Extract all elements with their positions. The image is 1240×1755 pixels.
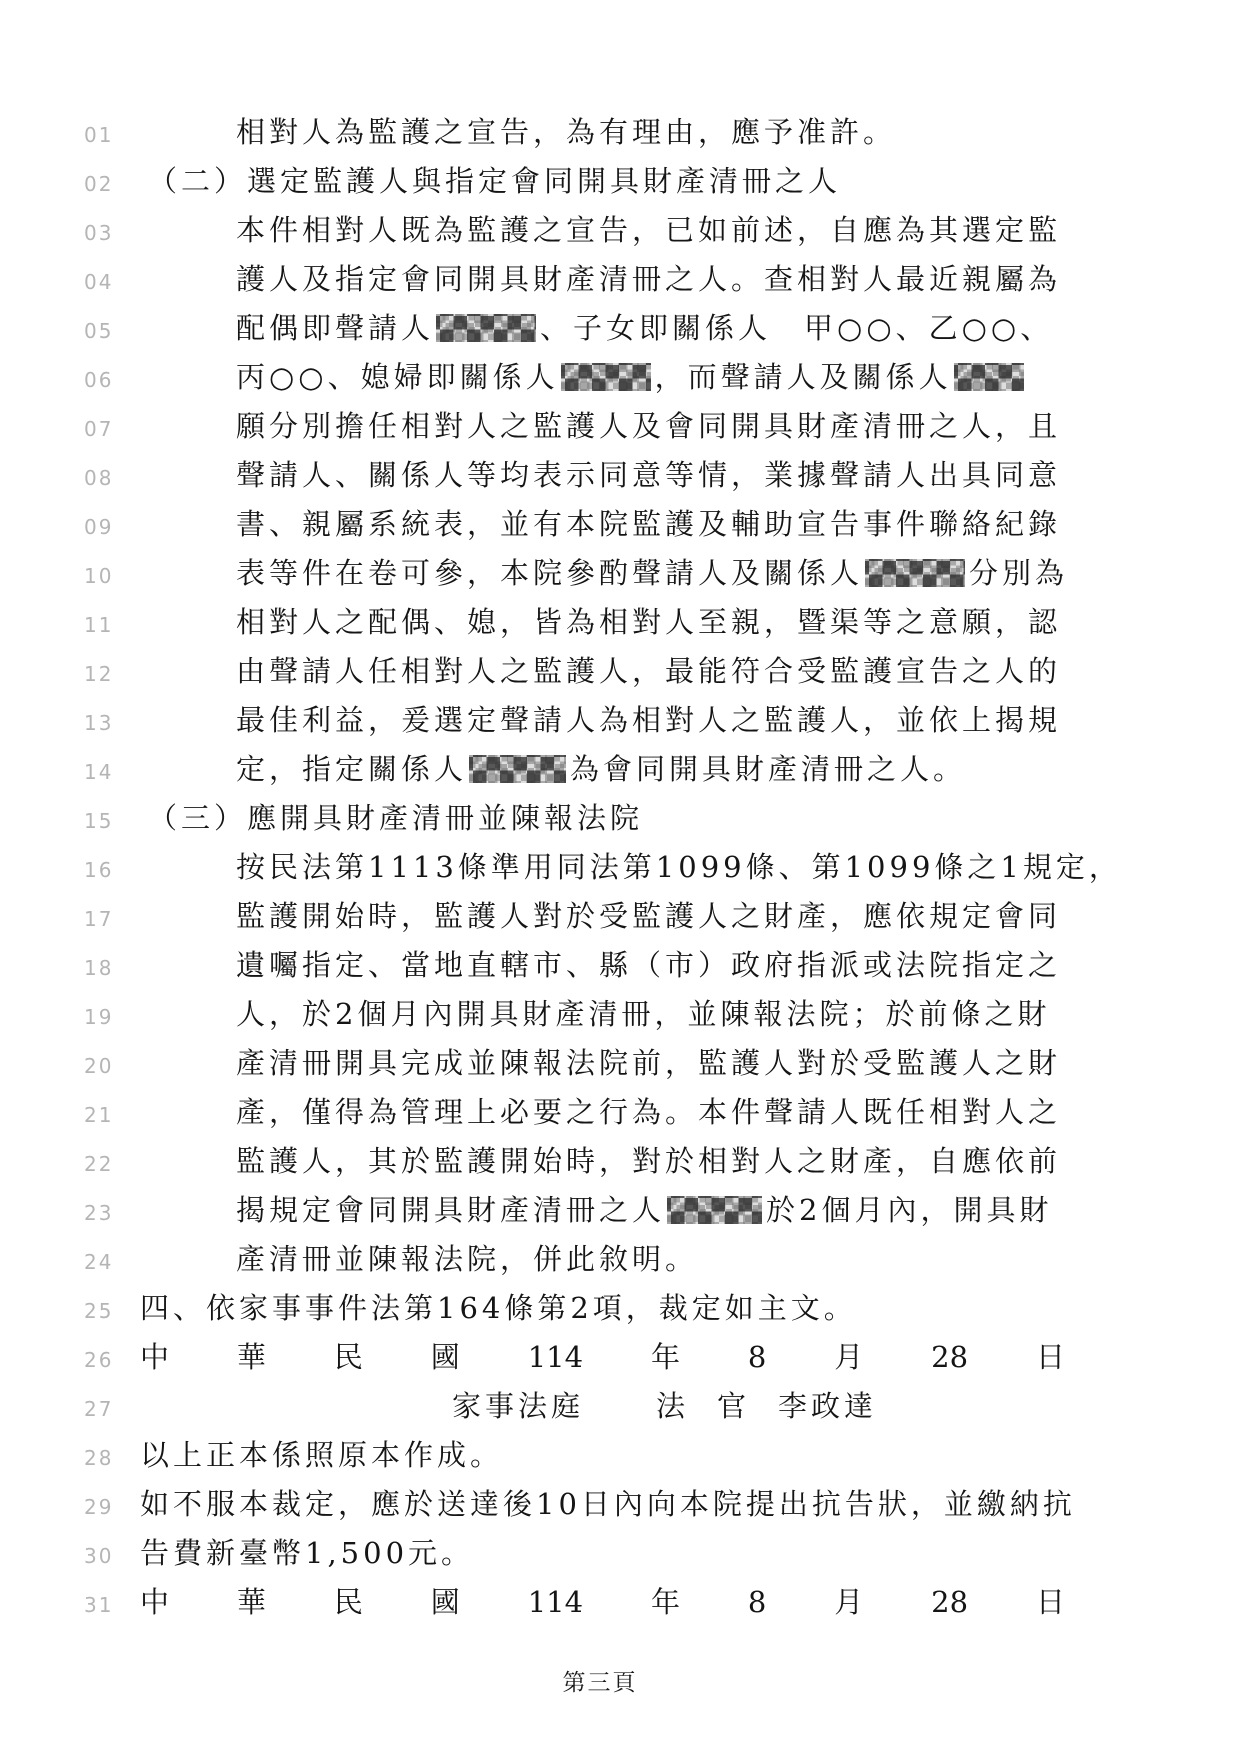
document-line: 26中華民國114年8月28日 (0, 1333, 1240, 1382)
line-number: 31 (84, 1581, 140, 1630)
line-number: 10 (84, 552, 140, 601)
date-token: 日 (1036, 1333, 1065, 1382)
document-line: 06丙○○、媳婦即關係人，而聲請人及關係人 (0, 353, 1240, 402)
text-segment: 分別為 (969, 556, 1068, 590)
document-line: 16按民法第1113條準用同法第1099條、第1099條之1規定， (0, 843, 1240, 892)
text-segment: 產清冊開具完成並陳報法院前，監護人對於受監護人之財 (236, 1046, 1061, 1080)
date-token: 28 (931, 1578, 968, 1627)
document-line: 09書、親屬系統表，並有本院監護及輔助宣告事件聯絡紀錄 (0, 500, 1240, 549)
redaction-mosaic (865, 559, 965, 587)
date-token: 月 (834, 1578, 863, 1627)
document-line: 05配偶即聲請人、子女即關係人 甲○○、乙○○、 (0, 304, 1240, 353)
text-segment: 為會同開具財產清冊之人。 (570, 752, 966, 786)
line-number: 01 (84, 111, 140, 160)
document-line: 04護人及指定會同開具財產清冊之人。查相對人最近親屬為 (0, 255, 1240, 304)
signature-token: 李政達 (778, 1382, 877, 1431)
document-line: 18遺囑指定、當地直轄市、縣（市）政府指派或法院指定之 (0, 941, 1240, 990)
line-content: 產清冊開具完成並陳報法院前，監護人對於受監護人之財 (140, 1039, 1061, 1088)
line-number: 20 (84, 1042, 140, 1091)
text-segment: 相對人之配偶、媳，皆為相對人至親，暨渠等之意願，認 (236, 605, 1061, 639)
redaction-mosaic (667, 1196, 762, 1224)
text-segment: 定，指定關係人 (236, 752, 467, 786)
document-line: 21產，僅得為管理上必要之行為。本件聲請人既任相對人之 (0, 1088, 1240, 1137)
document-body: 01相對人為監護之宣告，為有理由，應予准許。02（二）選定監護人與指定會同開具財… (0, 0, 1240, 1627)
text-segment: 相對人為監護之宣告，為有理由，應予准許。 (236, 115, 896, 149)
line-number: 14 (84, 748, 140, 797)
line-content: 願分別擔任相對人之監護人及會同開具財產清冊之人，且 (140, 402, 1061, 451)
redaction-mosaic (561, 363, 651, 391)
text-segment: 以上正本係照原本作成。 (140, 1438, 503, 1472)
text-segment: 監護開始時，監護人對於受監護人之財產，應依規定會同 (236, 899, 1061, 933)
line-content: 書、親屬系統表，並有本院監護及輔助宣告事件聯絡紀錄 (140, 500, 1061, 549)
text-segment: 丙○○、媳婦即關係人 (236, 360, 559, 394)
line-content: 護人及指定會同開具財產清冊之人。查相對人最近親屬為 (140, 255, 1061, 304)
text-segment: 人，於2個月內開具財產清冊，並陳報法院；於前條之財 (236, 997, 1050, 1031)
page-footer: 第三頁 (0, 1664, 1200, 1697)
line-number: 12 (84, 650, 140, 699)
line-number: 15 (84, 797, 140, 846)
document-line: 29如不服本裁定，應於送達後10日內向本院提出抗告狀，並繳納抗 (0, 1480, 1240, 1529)
document-line: 17監護開始時，監護人對於受監護人之財產，應依規定會同 (0, 892, 1240, 941)
date-line: 中華民國114年8月28日 (140, 1333, 1065, 1382)
document-line: 28以上正本係照原本作成。 (0, 1431, 1240, 1480)
text-segment: 如不服本裁定，應於送達後10日內向本院提出抗告狀，並繳納抗 (140, 1487, 1076, 1521)
date-token: 114 (528, 1578, 583, 1627)
line-content: （二）選定監護人與指定會同開具財產清冊之人 (140, 157, 841, 206)
document-line: 02（二）選定監護人與指定會同開具財產清冊之人 (0, 157, 1240, 206)
line-content: 丙○○、媳婦即關係人，而聲請人及關係人 (140, 353, 1028, 402)
text-segment: 配偶即聲請人 (236, 311, 434, 345)
line-number: 09 (84, 503, 140, 552)
document-line: 23揭規定會同開具財產清冊之人於2個月內，開具財 (0, 1186, 1240, 1235)
redaction-mosaic (469, 755, 566, 783)
text-segment: 揭規定會同開具財產清冊之人 (236, 1193, 665, 1227)
line-number: 25 (84, 1287, 140, 1336)
text-segment: 四、依家事事件法第164條第2項，裁定如主文。 (140, 1291, 857, 1325)
document-line: 14定，指定關係人為會同開具財產清冊之人。 (0, 745, 1240, 794)
line-content: 聲請人、關係人等均表示同意等情，業據聲請人出具同意 (140, 451, 1061, 500)
document-line: 11相對人之配偶、媳，皆為相對人至親，暨渠等之意願，認 (0, 598, 1240, 647)
document-line: 13最佳利益，爰選定聲請人為相對人之監護人，並依上揭規 (0, 696, 1240, 745)
text-segment: 按民法第1113條準用同法第1099條、第1099條之1規定， (236, 850, 1122, 884)
text-segment: 護人及指定會同開具財產清冊之人。查相對人最近親屬為 (236, 262, 1061, 296)
text-segment: 由聲請人任相對人之監護人，最能符合受監護宣告之人的 (236, 654, 1061, 688)
line-number: 04 (84, 258, 140, 307)
text-segment: 監護人，其於監護開始時，對於相對人之財產，自應依前 (236, 1144, 1061, 1178)
redaction-mosaic (436, 314, 536, 342)
text-segment: 表等件在卷可參，本院參酌聲請人及關係人 (236, 556, 863, 590)
date-token: 國 (431, 1578, 460, 1627)
date-token: 日 (1036, 1578, 1065, 1627)
line-content: 四、依家事事件法第164條第2項，裁定如主文。 (140, 1284, 857, 1333)
document-line: 15（三）應開具財產清冊並陳報法院 (0, 794, 1240, 843)
line-number: 19 (84, 993, 140, 1042)
line-content: 最佳利益，爰選定聲請人為相對人之監護人，並依上揭規 (140, 696, 1061, 745)
document-line: 10表等件在卷可參，本院參酌聲請人及關係人分別為 (0, 549, 1240, 598)
line-content: 產清冊並陳報法院，併此敘明。 (140, 1235, 698, 1284)
date-token: 8 (748, 1333, 766, 1382)
document-line: 30告費新臺幣1,500元。 (0, 1529, 1240, 1578)
text-segment: （三）應開具財產清冊並陳報法院 (148, 801, 643, 835)
line-content: 相對人為監護之宣告，為有理由，應予准許。 (140, 108, 896, 157)
text-segment: 本件相對人既為監護之宣告，已如前述，自應為其選定監 (236, 213, 1061, 247)
line-number: 30 (84, 1532, 140, 1581)
date-token: 華 (237, 1333, 266, 1382)
line-content: 告費新臺幣1,500元。 (140, 1529, 474, 1578)
line-number: 22 (84, 1140, 140, 1189)
date-token: 華 (237, 1578, 266, 1627)
date-token: 民 (334, 1578, 363, 1627)
line-number: 28 (84, 1434, 140, 1483)
line-number: 24 (84, 1238, 140, 1287)
text-segment: 最佳利益，爰選定聲請人為相對人之監護人，並依上揭規 (236, 703, 1061, 737)
line-number: 08 (84, 454, 140, 503)
date-token: 年 (651, 1578, 680, 1627)
date-token: 28 (931, 1333, 968, 1382)
line-content: 遺囑指定、當地直轄市、縣（市）政府指派或法院指定之 (140, 941, 1061, 990)
date-token: 民 (334, 1333, 363, 1382)
line-number: 18 (84, 944, 140, 993)
signature-token: 法 (656, 1382, 689, 1431)
line-content: 由聲請人任相對人之監護人，最能符合受監護宣告之人的 (140, 647, 1061, 696)
redaction-mosaic (954, 363, 1024, 391)
text-segment: ，而聲請人及關係人 (655, 360, 952, 394)
line-content: 揭規定會同開具財產清冊之人於2個月內，開具財 (140, 1186, 1052, 1235)
text-segment: 產，僅得為管理上必要之行為。本件聲請人既任相對人之 (236, 1095, 1061, 1129)
line-content: 監護開始時，監護人對於受監護人之財產，應依規定會同 (140, 892, 1061, 941)
line-number: 06 (84, 356, 140, 405)
date-token: 年 (651, 1333, 680, 1382)
text-segment: 聲請人、關係人等均表示同意等情，業據聲請人出具同意 (236, 458, 1061, 492)
document-line: 12由聲請人任相對人之監護人，最能符合受監護宣告之人的 (0, 647, 1240, 696)
line-number: 02 (84, 160, 140, 209)
date-line: 中華民國114年8月28日 (140, 1578, 1065, 1627)
line-number: 16 (84, 846, 140, 895)
line-content: 配偶即聲請人、子女即關係人 甲○○、乙○○、 (140, 304, 1053, 353)
line-number: 03 (84, 209, 140, 258)
date-token: 114 (528, 1333, 583, 1382)
line-content: 表等件在卷可參，本院參酌聲請人及關係人分別為 (140, 549, 1068, 598)
text-segment: 於2個月內，開具財 (766, 1193, 1052, 1227)
text-segment: 產清冊並陳報法院，併此敘明。 (236, 1242, 698, 1276)
line-content: 產，僅得為管理上必要之行為。本件聲請人既任相對人之 (140, 1088, 1061, 1137)
document-line: 08聲請人、關係人等均表示同意等情，業據聲請人出具同意 (0, 451, 1240, 500)
line-number: 17 (84, 895, 140, 944)
line-content: 本件相對人既為監護之宣告，已如前述，自應為其選定監 (140, 206, 1061, 255)
document-line: 07願分別擔任相對人之監護人及會同開具財產清冊之人，且 (0, 402, 1240, 451)
line-content: 按民法第1113條準用同法第1099條、第1099條之1規定， (140, 843, 1122, 892)
line-content: 監護人，其於監護開始時，對於相對人之財產，自應依前 (140, 1137, 1061, 1186)
line-number: 26 (84, 1336, 140, 1385)
line-number: 07 (84, 405, 140, 454)
line-content: 如不服本裁定，應於送達後10日內向本院提出抗告狀，並繳納抗 (140, 1480, 1076, 1529)
document-line: 01相對人為監護之宣告，為有理由，應予准許。 (0, 108, 1240, 157)
court-ruling-page: 01相對人為監護之宣告，為有理由，應予准許。02（二）選定監護人與指定會同開具財… (0, 0, 1240, 1755)
date-token: 國 (431, 1333, 460, 1382)
line-number: 29 (84, 1483, 140, 1532)
text-segment: 書、親屬系統表，並有本院監護及輔助宣告事件聯絡紀錄 (236, 507, 1061, 541)
line-content: 定，指定關係人為會同開具財產清冊之人。 (140, 745, 966, 794)
text-segment: 願分別擔任相對人之監護人及會同開具財產清冊之人，且 (236, 409, 1061, 443)
document-line: 24產清冊並陳報法院，併此敘明。 (0, 1235, 1240, 1284)
line-content: （三）應開具財產清冊並陳報法院 (140, 794, 643, 843)
document-line: 25四、依家事事件法第164條第2項，裁定如主文。 (0, 1284, 1240, 1333)
text-segment: （二）選定監護人與指定會同開具財產清冊之人 (148, 164, 841, 198)
line-number: 13 (84, 699, 140, 748)
document-line: 20產清冊開具完成並陳報法院前，監護人對於受監護人之財 (0, 1039, 1240, 1088)
date-token: 8 (748, 1578, 766, 1627)
date-token: 中 (140, 1333, 169, 1382)
document-line: 27家事法庭法官李政達 (0, 1382, 1240, 1431)
text-segment: 遺囑指定、當地直轄市、縣（市）政府指派或法院指定之 (236, 948, 1061, 982)
line-content: 相對人之配偶、媳，皆為相對人至親，暨渠等之意願，認 (140, 598, 1061, 647)
line-number: 21 (84, 1091, 140, 1140)
document-line: 03本件相對人既為監護之宣告，已如前述，自應為其選定監 (0, 206, 1240, 255)
text-segment: 、子女即關係人 甲○○、乙○○、 (540, 311, 1053, 345)
line-content: 以上正本係照原本作成。 (140, 1431, 503, 1480)
line-content: 人，於2個月內開具財產清冊，並陳報法院；於前條之財 (140, 990, 1050, 1039)
document-line: 22監護人，其於監護開始時，對於相對人之財產，自應依前 (0, 1137, 1240, 1186)
line-number: 23 (84, 1189, 140, 1238)
line-number: 05 (84, 307, 140, 356)
line-number: 27 (84, 1385, 140, 1434)
document-line: 19人，於2個月內開具財產清冊，並陳報法院；於前條之財 (0, 990, 1240, 1039)
document-line: 31中華民國114年8月28日 (0, 1578, 1240, 1627)
judge-signature-line: 家事法庭法官李政達 (140, 1382, 877, 1431)
text-segment: 告費新臺幣1,500元。 (140, 1536, 474, 1570)
signature-token: 官 (717, 1382, 750, 1431)
signature-token: 家事法庭 (452, 1382, 584, 1431)
line-number: 11 (84, 601, 140, 650)
date-token: 月 (834, 1333, 863, 1382)
date-token: 中 (140, 1578, 169, 1627)
